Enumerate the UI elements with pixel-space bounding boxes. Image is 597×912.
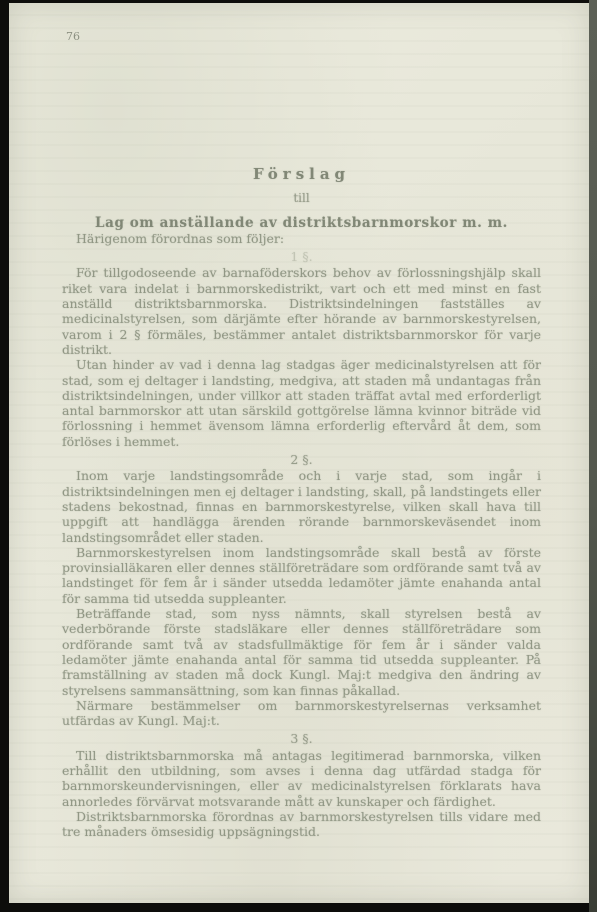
document-title: Förslag <box>62 167 541 182</box>
section-2-paragraph-2: Barnmorskestyrelsen inom landstingsområd… <box>62 545 541 606</box>
section-1-marker: 1 §. <box>62 249 541 264</box>
section-2-paragraph-3: Beträffande stad, som nyss nämnts, skall… <box>62 606 541 698</box>
enactment-clause: Härigenom förordnas som följer: <box>62 231 541 246</box>
scan-right-edge <box>589 0 597 912</box>
page-content: Förslag till Lag om anställande av distr… <box>62 33 541 839</box>
law-title: Lag om anställande av distriktsbarnmorsk… <box>62 216 541 231</box>
document-scan: 76 Förslag till Lag om anställande av di… <box>0 0 597 912</box>
section-3-paragraph-2: Distriktsbarnmorska förordnas av barnmor… <box>62 809 541 840</box>
section-1-paragraph-2: Utan hinder av vad i denna lag stadgas ä… <box>62 357 541 449</box>
section-1-paragraph-1: För tillgodoseende av barnaföderskors be… <box>62 265 541 357</box>
section-2-paragraph-4: Närmare bestämmelser om barnmorskestyrel… <box>62 698 541 729</box>
section-3-marker: 3 §. <box>62 731 541 746</box>
section-3-paragraph-1: Till distriktsbarnmorska må antagas legi… <box>62 748 541 809</box>
section-2-paragraph-1: Inom varje landstingsområde och i varje … <box>62 468 541 544</box>
paper-page: 76 Förslag till Lag om anställande av di… <box>9 3 589 903</box>
section-2-marker: 2 §. <box>62 452 541 467</box>
title-connector: till <box>62 191 541 206</box>
